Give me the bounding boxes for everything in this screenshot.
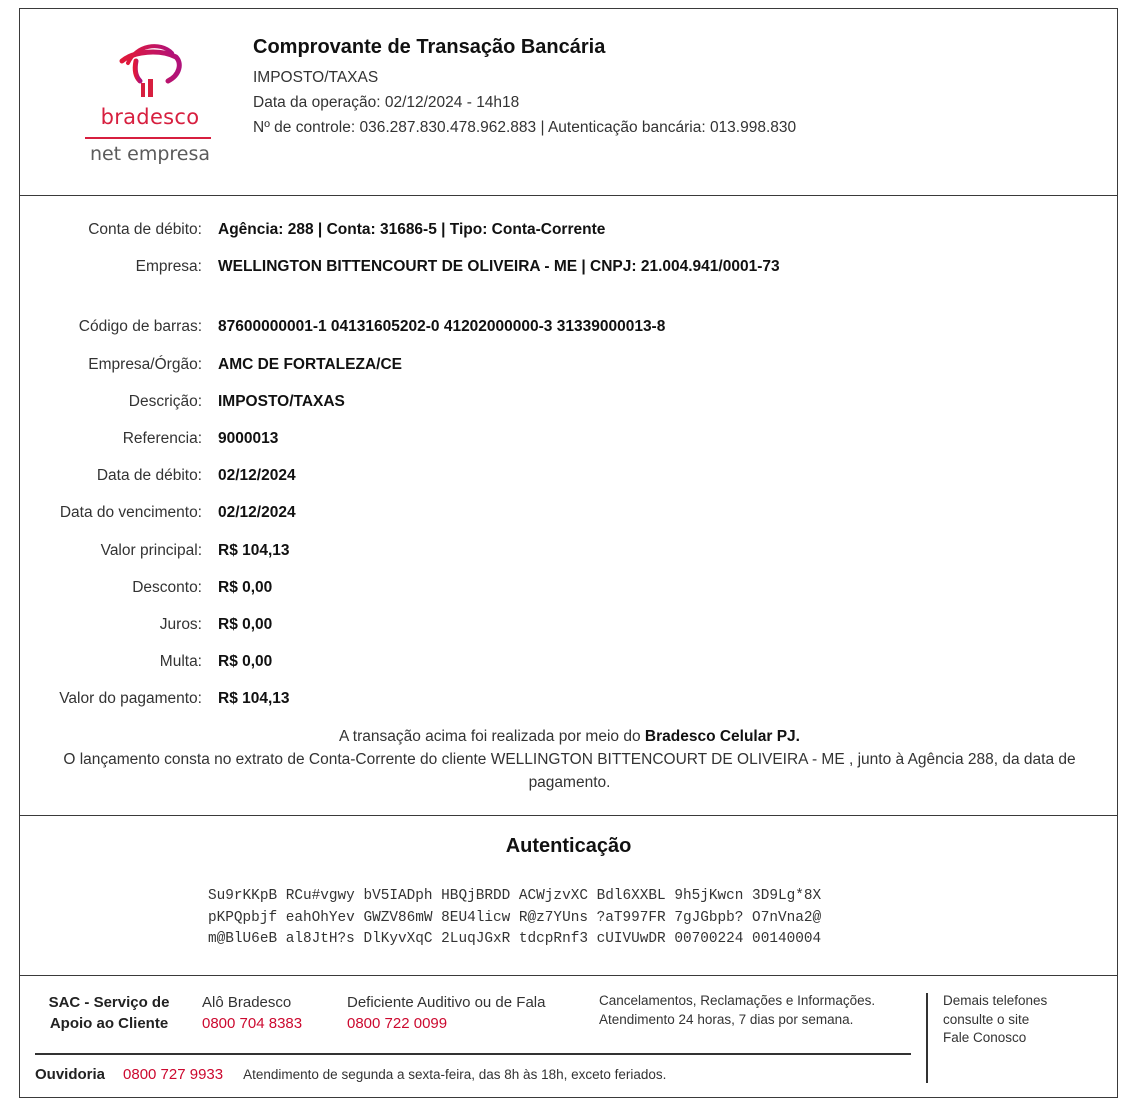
note-line-1: A transação acima foi realizada por meio… <box>30 725 1109 748</box>
detail-row-juros: Juros:R$ 0,00 <box>20 613 1117 637</box>
transaction-details: Conta de débito:Agência: 288 | Conta: 31… <box>20 195 1117 816</box>
detail-row-multa: Multa:R$ 0,00 <box>20 650 1117 674</box>
ouvidoria-contact: Ouvidoria0800 727 9933Atendimento de seg… <box>35 1064 666 1086</box>
authentication-section: Autenticação Su9rKKpB RCu#vgwy bV5IADph … <box>20 815 1117 976</box>
detail-row-codigo-barras: Código de barras:87600000001-1 041316052… <box>20 315 1117 339</box>
channel-name: Bradesco Celular PJ. <box>645 728 800 745</box>
deficiente-phone[interactable]: 0800 722 0099 <box>347 1013 545 1034</box>
detail-row-valor-principal: Valor principal:R$ 104,13 <box>20 539 1117 563</box>
alo-bradesco-contact: Alô Bradesco 0800 704 8383 <box>202 992 302 1034</box>
alo-bradesco-phone[interactable]: 0800 704 8383 <box>202 1013 302 1034</box>
receipt-document: bradesco net empresa Comprovante de Tran… <box>19 8 1118 1098</box>
detail-row-descricao: Descrição:IMPOSTO/TAXAS <box>20 390 1117 414</box>
auth-code-line: m@BlU6eB al8JtH?s DlKyvXqC 2LuqJGxR tdcp… <box>208 929 821 951</box>
fale-conosco-link[interactable]: Fale Conosco <box>943 1029 1047 1048</box>
detail-row-empresa: Empresa:WELLINGTON BITTENCOURT DE OLIVEI… <box>20 255 1117 279</box>
auth-code-line: Su9rKKpB RCu#vgwy bV5IADph HBQjBRDD ACWj… <box>208 886 821 908</box>
ouvidoria-label: Ouvidoria <box>35 1066 105 1083</box>
bradesco-tree-icon <box>114 41 186 103</box>
detail-row-conta-debito: Conta de débito:Agência: 288 | Conta: 31… <box>20 218 1117 242</box>
authentication-codes: Su9rKKpB RCu#vgwy bV5IADph HBQjBRDD ACWj… <box>208 886 821 951</box>
detail-row-empresa-orgao: Empresa/Órgão:AMC DE FORTALEZA/CE <box>20 353 1117 377</box>
receipt-header: bradesco net empresa Comprovante de Tran… <box>20 9 1117 196</box>
service-hours-text: Cancelamentos, Reclamações e Informações… <box>599 992 899 1029</box>
ouvidoria-phone[interactable]: 0800 727 9933 <box>123 1066 223 1083</box>
page-title: Comprovante de Transação Bancária <box>253 36 796 59</box>
operation-date: Data da operação: 02/12/2024 - 14h18 <box>253 90 796 115</box>
detail-row-valor-pagamento: Valor do pagamento:R$ 104,13 <box>20 687 1117 711</box>
auth-code-line: pKPQpbjf eahOhYev GWZV86mW 8EU4licw R@z7… <box>208 908 821 930</box>
control-number: Nº de controle: 036.287.830.478.962.883 … <box>253 115 796 140</box>
sac-label: SAC - Serviço de Apoio ao Cliente <box>34 992 184 1034</box>
contact-footer: SAC - Serviço de Apoio ao Cliente Alô Br… <box>20 975 1117 1099</box>
header-text: Comprovante de Transação Bancária IMPOST… <box>253 36 796 140</box>
deficiente-contact: Deficiente Auditivo ou de Fala 0800 722 … <box>347 992 545 1034</box>
transaction-note: A transação acima foi realizada por meio… <box>30 725 1109 794</box>
brand-product: net empresa <box>80 143 220 165</box>
transaction-type: IMPOSTO/TAXAS <box>253 65 796 90</box>
brand-name: bradesco <box>95 105 205 129</box>
footer-vertical-divider <box>926 993 928 1083</box>
bradesco-logo: bradesco net empresa <box>80 41 220 176</box>
detail-row-referencia: Referencia:9000013 <box>20 427 1117 451</box>
detail-row-data-vencimento: Data do vencimento:02/12/2024 <box>20 501 1117 525</box>
authentication-title: Autenticação <box>20 835 1117 858</box>
other-phones-note: Demais telefones consulte o site Fale Co… <box>943 992 1047 1048</box>
detail-row-desconto: Desconto:R$ 0,00 <box>20 576 1117 600</box>
ouvidoria-hours: Atendimento de segunda a sexta-feira, da… <box>243 1067 666 1082</box>
logo-divider <box>85 137 211 139</box>
note-line-2: O lançamento consta no extrato de Conta-… <box>30 748 1109 794</box>
detail-row-data-debito: Data de débito:02/12/2024 <box>20 464 1117 488</box>
footer-divider <box>35 1053 911 1055</box>
